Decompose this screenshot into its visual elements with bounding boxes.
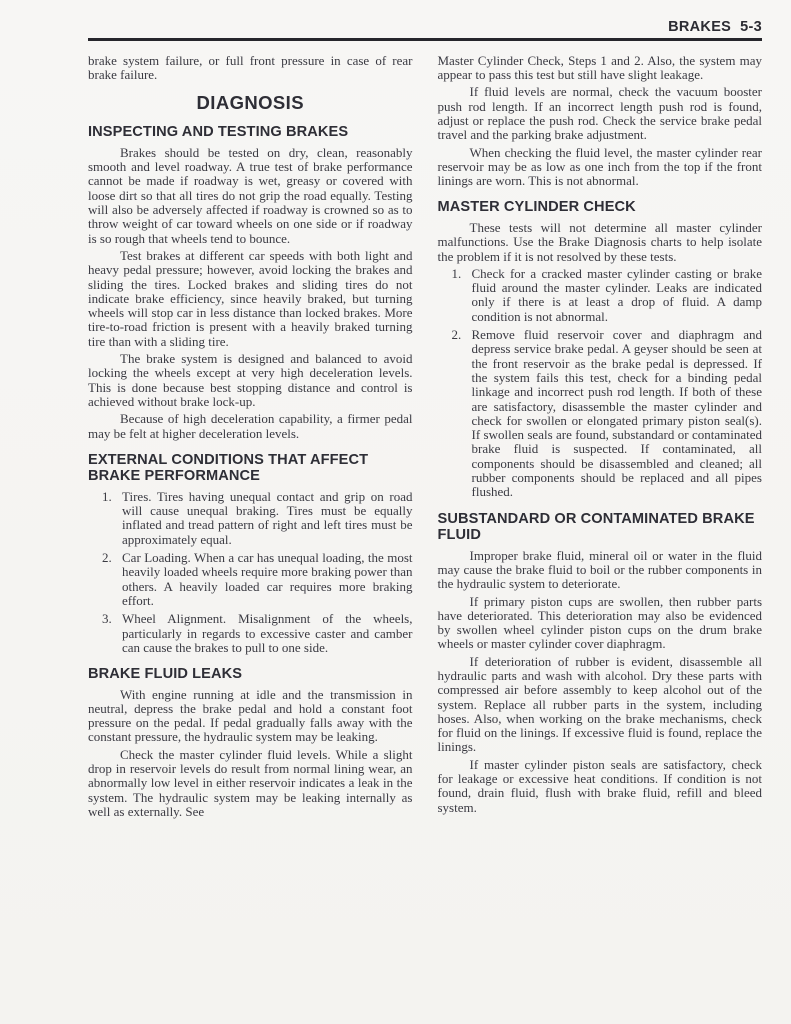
list-item: 2.Car Loading. When a car has unequal lo… bbox=[88, 551, 413, 608]
paragraph: Improper brake fluid, mineral oil or wat… bbox=[438, 549, 763, 592]
list-item: 1.Check for a cracked master cylinder ca… bbox=[438, 267, 763, 324]
list-item-text: Tires. Tires having unequal contact and … bbox=[122, 489, 413, 547]
section-heading: SUBSTANDARD OR CONTAMINATED BRAKE FLUID bbox=[438, 511, 763, 544]
running-head: BRAKES5-3 bbox=[88, 20, 762, 38]
manual-page: BRAKES5-3 brake system failure, or full … bbox=[0, 0, 791, 1024]
chapter-title: BRAKES bbox=[668, 19, 731, 35]
section-heading: EXTERNAL CONDITIONS THAT AFFECT BRAKE PE… bbox=[88, 452, 413, 485]
paragraph: With engine running at idle and the tran… bbox=[88, 688, 413, 745]
numbered-list: 1.Tires. Tires having unequal contact an… bbox=[88, 490, 413, 655]
paragraph: Test brakes at different car speeds with… bbox=[88, 249, 413, 349]
paragraph: Master Cylinder Check, Steps 1 and 2. Al… bbox=[438, 54, 763, 83]
list-item-text: Wheel Alignment. Misalignment of the whe… bbox=[122, 611, 413, 655]
list-item-number: 1. bbox=[452, 267, 462, 281]
paragraph: If master cylinder piston seals are sati… bbox=[438, 758, 763, 815]
list-item-number: 3. bbox=[102, 612, 112, 626]
list-item: 2.Remove fluid reservoir cover and diaph… bbox=[438, 328, 763, 500]
major-heading: DIAGNOSIS bbox=[88, 93, 413, 113]
page-number: 5-3 bbox=[740, 19, 762, 35]
list-item: 3.Wheel Alignment. Misalignment of the w… bbox=[88, 612, 413, 655]
paragraph: When checking the fluid level, the maste… bbox=[438, 146, 763, 189]
paragraph: If deterioration of rubber is evident, d… bbox=[438, 655, 763, 755]
section-heading: BRAKE FLUID LEAKS bbox=[88, 666, 413, 683]
list-item-number: 1. bbox=[102, 490, 112, 504]
list-item-number: 2. bbox=[452, 328, 462, 342]
header-rule bbox=[88, 38, 762, 41]
numbered-list: 1.Check for a cracked master cylinder ca… bbox=[438, 267, 763, 500]
list-item-number: 2. bbox=[102, 551, 112, 565]
paragraph: If fluid levels are normal, check the va… bbox=[438, 85, 763, 142]
list-item-text: Car Loading. When a car has unequal load… bbox=[122, 550, 413, 608]
page-body: brake system failure, or full front pres… bbox=[88, 54, 762, 822]
page-header: BRAKES5-3 bbox=[88, 20, 762, 41]
section-heading: MASTER CYLINDER CHECK bbox=[438, 199, 763, 216]
paragraph: If primary piston cups are swollen, then… bbox=[438, 595, 763, 652]
left-column: brake system failure, or full front pres… bbox=[88, 54, 413, 822]
paragraph: The brake system is designed and balance… bbox=[88, 352, 413, 409]
paragraph: Because of high deceleration capability,… bbox=[88, 412, 413, 441]
list-item-text: Check for a cracked master cylinder cast… bbox=[472, 266, 763, 324]
paragraph: Check the master cylinder fluid levels. … bbox=[88, 748, 413, 819]
section-heading: INSPECTING AND TESTING BRAKES bbox=[88, 124, 413, 141]
paragraph: brake system failure, or full front pres… bbox=[88, 54, 413, 83]
paragraph: Brakes should be tested on dry, clean, r… bbox=[88, 146, 413, 246]
right-column: Master Cylinder Check, Steps 1 and 2. Al… bbox=[438, 54, 763, 822]
list-item-text: Remove fluid reservoir cover and diaphra… bbox=[472, 327, 763, 499]
paragraph: These tests will not determine all maste… bbox=[438, 221, 763, 264]
list-item: 1.Tires. Tires having unequal contact an… bbox=[88, 490, 413, 547]
